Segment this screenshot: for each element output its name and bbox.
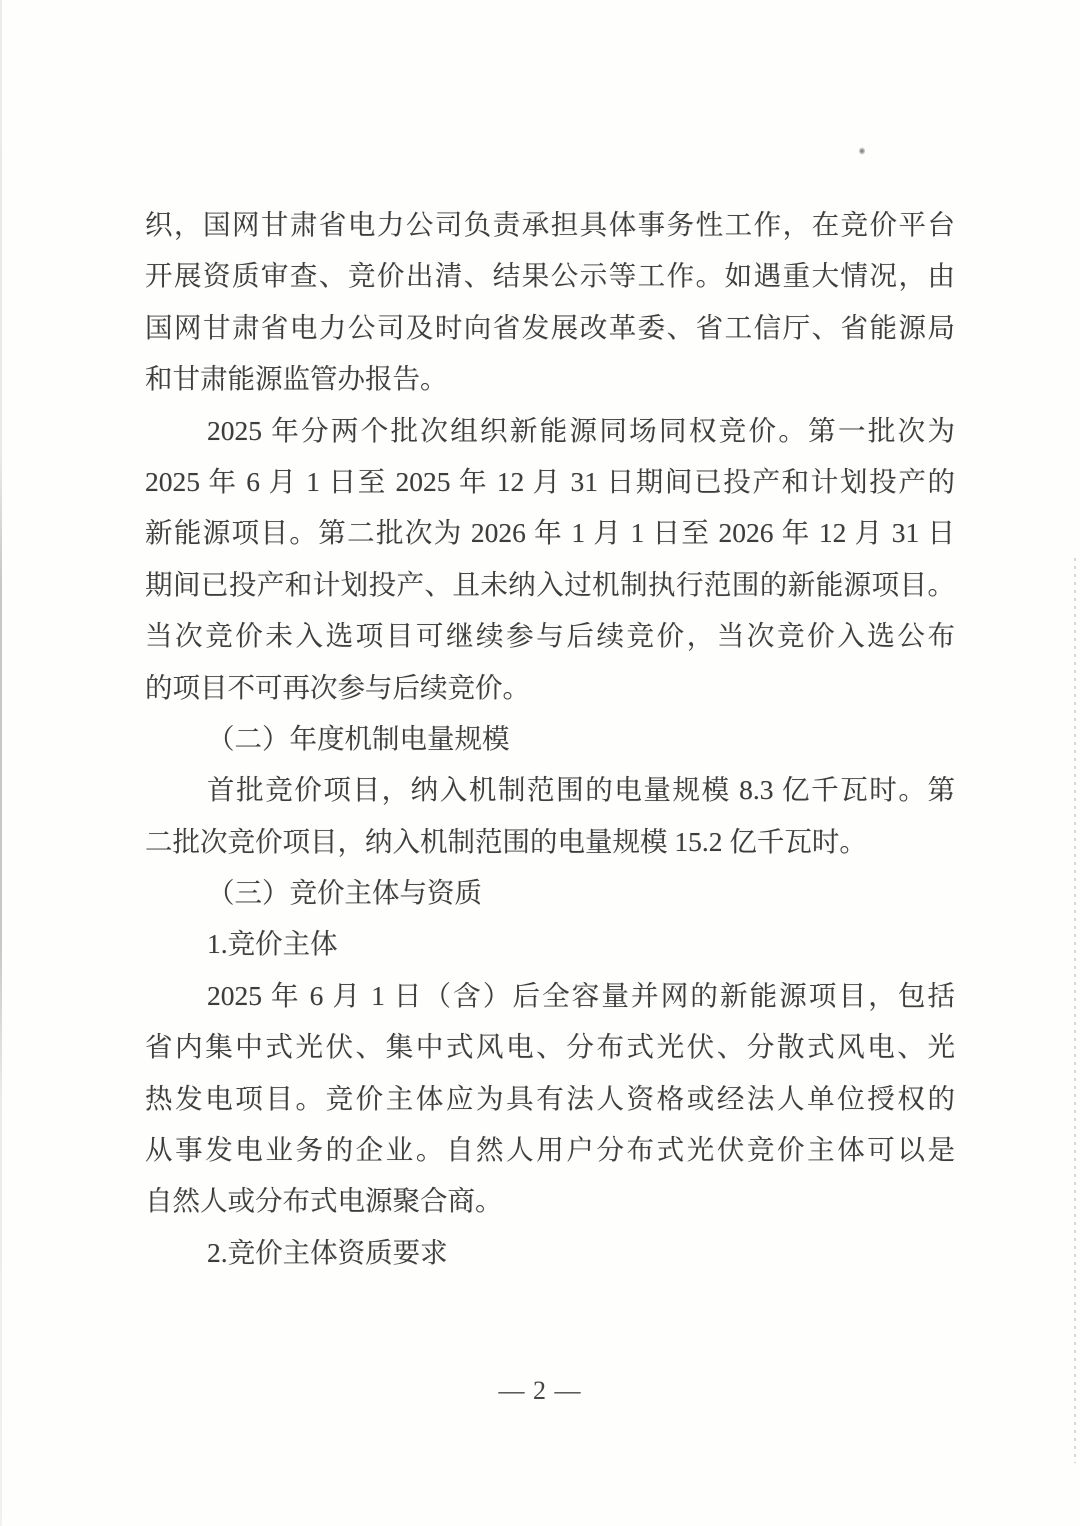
text-line: 2025 年 6 月 1 日至 2025 年 12 月 31 日期间已投产和计划…: [145, 456, 955, 507]
section-heading: （二）年度机制电量规模: [145, 713, 955, 764]
page-number: — 2 —: [499, 1376, 582, 1405]
text-line: 自然人或分布式电源聚合商。: [145, 1175, 955, 1226]
text-line: 2025 年 6 月 1 日（含）后全容量并网的新能源项目，包括: [145, 970, 955, 1021]
text-line: 期间已投产和计划投产、且未纳入过机制执行范围的新能源项目。: [145, 559, 955, 610]
text-line: 2025 年分两个批次组织新能源同场同权竞价。第一批次为: [145, 405, 955, 456]
scan-right-edge-artifact: [1074, 558, 1076, 1463]
text-line: 国网甘肃省电力公司及时向省发展改革委、省工信厅、省能源局: [145, 302, 955, 353]
text-line: 和甘肃能源监管办报告。: [145, 353, 955, 404]
section-heading: （三）竞价主体与资质: [145, 867, 955, 918]
scan-speck-artifact: [859, 147, 865, 155]
text-line: 省内集中式光伏、集中式风电、分布式光伏、分散式风电、光: [145, 1021, 955, 1072]
text-line: 的项目不可再次参与后续竞价。: [145, 662, 955, 713]
text-line: 二批次竞价项目，纳入机制范围的电量规模 15.2 亿千瓦时。: [145, 816, 955, 867]
text-line: 当次竞价未入选项目可继续参与后续竞价，当次竞价入选公布: [145, 610, 955, 661]
text-line: 热发电项目。竞价主体应为具有法人资格或经法人单位授权的: [145, 1073, 955, 1124]
scanned-document-page: 织，国网甘肃省电力公司负责承担具体事务性工作，在竞价平台 开展资质审查、竞价出清…: [0, 0, 1080, 1526]
sub-heading: 1.竞价主体: [145, 918, 955, 969]
sub-heading: 2.竞价主体资质要求: [145, 1227, 955, 1278]
text-line: 从事发电业务的企业。自然人用户分布式光伏竞价主体可以是: [145, 1124, 955, 1175]
page-footer: — 2 —: [0, 1376, 1080, 1406]
text-line: 首批竞价项目，纳入机制范围的电量规模 8.3 亿千瓦时。第: [145, 764, 955, 815]
body-text: 织，国网甘肃省电力公司负责承担具体事务性工作，在竞价平台 开展资质审查、竞价出清…: [145, 199, 955, 1278]
scan-left-edge-artifact: [0, 0, 2, 1526]
text-line: 开展资质审查、竞价出清、结果公示等工作。如遇重大情况，由: [145, 250, 955, 301]
text-line: 新能源项目。第二批次为 2026 年 1 月 1 日至 2026 年 12 月 …: [145, 507, 955, 558]
text-line: 织，国网甘肃省电力公司负责承担具体事务性工作，在竞价平台: [145, 199, 955, 250]
